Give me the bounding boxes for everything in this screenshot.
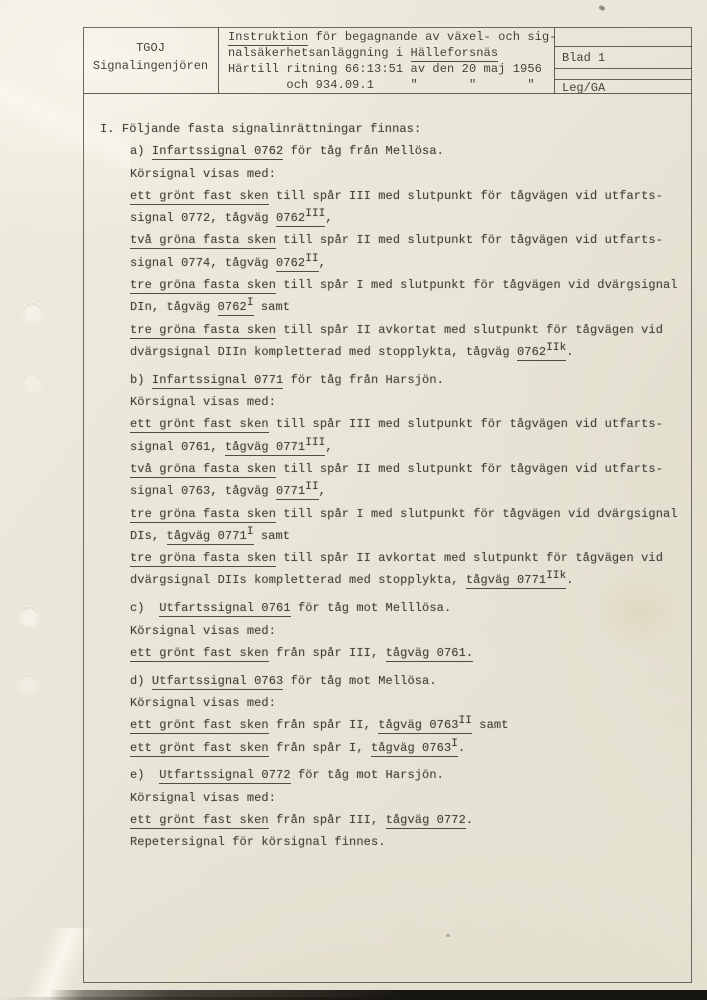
punch-hole (20, 607, 39, 626)
org-role: Signalingenjören (83, 57, 218, 75)
header-meta-cell: Blad 1 Leg/GA (555, 27, 692, 93)
text-line: Körsignal visas med: (130, 391, 686, 413)
roman-numeral: I. (100, 122, 115, 136)
signature-initials: Leg/GA (555, 80, 692, 93)
section-c: c) Utfartssignal 0761 för tåg mot Melllö… (130, 597, 686, 664)
text-line: Körsignal visas med: (130, 163, 686, 185)
header-title-cell: Instruktion för begagnande av växel- och… (219, 27, 555, 93)
text-line: ett grönt fast sken från spår III, tågvä… (130, 809, 686, 831)
document-body: I. Följande fasta signalinrättningar fin… (100, 118, 686, 854)
section-b: b) Infartssignal 0771 för tåg från Harsj… (130, 369, 686, 592)
sheet-number: Blad 1 (555, 47, 692, 69)
section-a: a) Infartssignal 0762 för tåg från Mellö… (130, 140, 686, 363)
text-line: tre gröna fasta sken till spår I med slu… (130, 503, 686, 525)
text-line: ett grönt fast sken från spår II, tågväg… (130, 714, 686, 736)
text-line: Repetersignal för körsignal finnes. (130, 831, 686, 853)
header-title-line: och 934.09.1 " " " (228, 77, 554, 93)
org-name: TGOJ (83, 39, 218, 57)
scanned-document-page: TGOJ Signalingenjören Instruktion för be… (0, 0, 707, 1000)
text-line: tre gröna fasta sken till spår II avkort… (130, 547, 686, 569)
text-line: ett grönt fast sken till spår III med sl… (130, 413, 686, 435)
ink-speck (598, 5, 605, 11)
text-line: e) Utfartssignal 0772 för tåg mot Harsjö… (130, 764, 686, 786)
header-meta-row-empty (555, 27, 692, 47)
intro-text: Följande fasta signalinrättningar finnas… (122, 122, 421, 136)
header-title-line: Härtill ritning 66:13:51 av den 20 maj 1… (228, 61, 554, 77)
punch-hole (23, 303, 42, 322)
text-line: ett grönt fast sken från spår III, tågvä… (130, 642, 686, 664)
text-line: Körsignal visas med: (130, 692, 686, 714)
header-title-line: Instruktion för begagnande av växel- och… (228, 29, 554, 45)
header-title-line: nalsäkerhetsanläggning i Hälleforsnäs (228, 45, 554, 61)
text-line: DIn, tågväg 0762I samt (130, 296, 686, 318)
header-organization-cell: TGOJ Signalingenjören (83, 27, 219, 93)
text-line: signal 0763, tågväg 0771II, (130, 480, 686, 502)
text-line: dvärgsignal DIIs kompletterad med stoppl… (130, 569, 686, 591)
text-line: d) Utfartssignal 0763 för tåg mot Mellös… (130, 670, 686, 692)
text-line: två gröna fasta sken till spår II med sl… (130, 458, 686, 480)
text-line: DIs, tågväg 0771I samt (130, 525, 686, 547)
text-line: b) Infartssignal 0771 för tåg från Harsj… (130, 369, 686, 391)
photo-edge-dark-strip (50, 990, 707, 1000)
punch-hole (23, 373, 42, 392)
header-meta-row-empty (555, 69, 692, 80)
document-header-table: TGOJ Signalingenjören Instruktion för be… (83, 27, 692, 94)
text-line: tre gröna fasta sken till spår II avkort… (130, 319, 686, 341)
text-line: två gröna fasta sken till spår II med sl… (130, 229, 686, 251)
punch-hole (19, 675, 38, 694)
text-line: ett grönt fast sken till spår III med sl… (130, 185, 686, 207)
section-roman-heading: I. Följande fasta signalinrättningar fin… (100, 118, 686, 140)
text-line: Körsignal visas med: (130, 620, 686, 642)
text-line: tre gröna fasta sken till spår I med slu… (130, 274, 686, 296)
text-line: Körsignal visas med: (130, 787, 686, 809)
text-line: ett grönt fast sken från spår I, tågväg … (130, 737, 686, 759)
text-line: a) Infartssignal 0762 för tåg från Mellö… (130, 140, 686, 162)
text-line: dvärgsignal DIIn kompletterad med stoppl… (130, 341, 686, 363)
section-d: d) Utfartssignal 0763 för tåg mot Mellös… (130, 670, 686, 759)
document-sections: a) Infartssignal 0762 för tåg från Mellö… (130, 140, 686, 853)
section-e: e) Utfartssignal 0772 för tåg mot Harsjö… (130, 764, 686, 853)
header-title-lines: Instruktion för begagnande av växel- och… (228, 29, 554, 93)
text-line: signal 0761, tågväg 0771III, (130, 436, 686, 458)
text-line: signal 0774, tågväg 0762II, (130, 252, 686, 274)
text-line: signal 0772, tågväg 0762III, (130, 207, 686, 229)
text-line: c) Utfartssignal 0761 för tåg mot Melllö… (130, 597, 686, 619)
